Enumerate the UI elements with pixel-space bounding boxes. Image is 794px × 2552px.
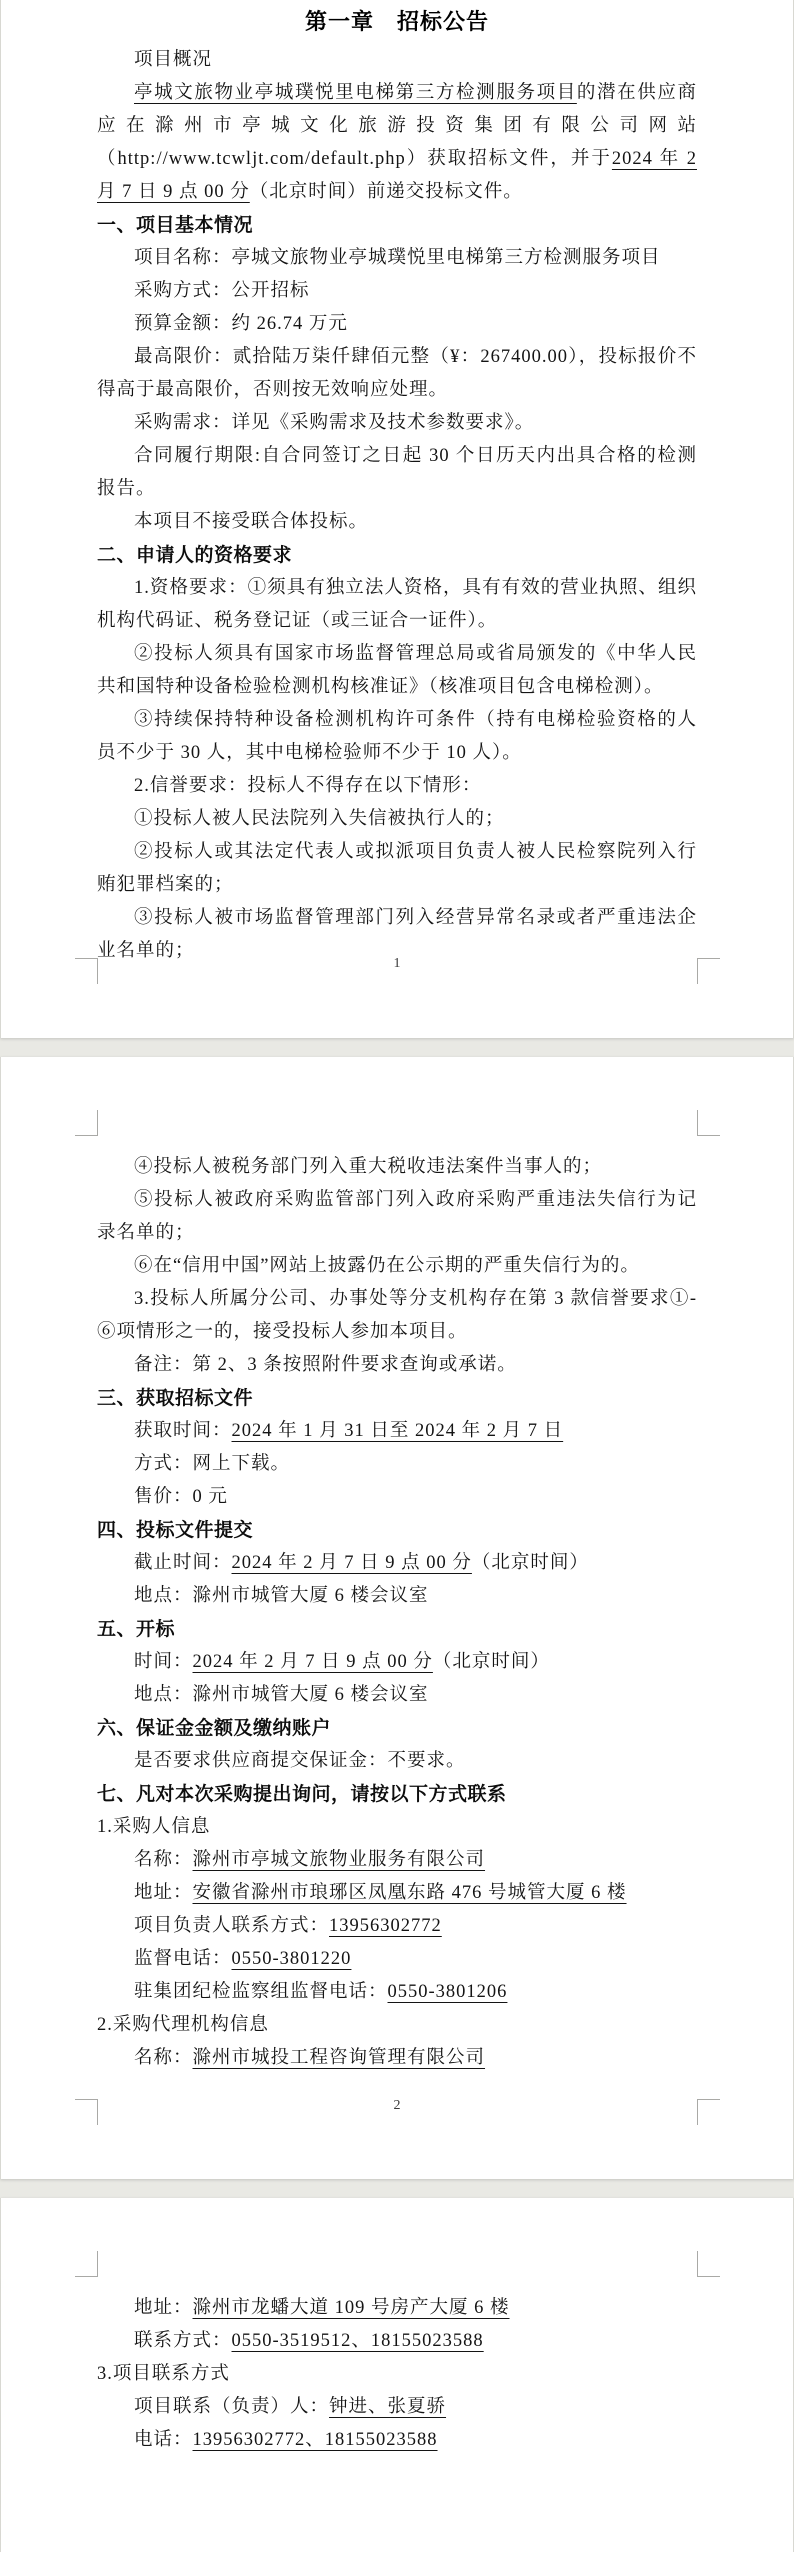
paragraph: 联系方式：0550-3519512、18155023588 — [97, 2325, 697, 2358]
text-run: 第一章 招标公告 — [305, 9, 489, 34]
paragraph: 获取时间：2024 年 1 月 31 日至 2024 年 2 月 7 日 — [97, 1415, 697, 1448]
paragraph: ⑥在“信用中国”网站上披露仍在公示期的严重失信行为的。 — [97, 1250, 697, 1283]
underlined-text: 安徽省滁州市琅琊区凤凰东路 476 号城管大厦 6 楼 — [193, 1883, 627, 1903]
underlined-text: 13956302772 — [329, 1916, 442, 1936]
paragraph: 截止时间：2024 年 2 月 7 日 9 点 00 分（北京时间） — [97, 1547, 697, 1580]
page-3: 地址：滁州市龙蟠大道 109 号房产大厦 6 楼联系方式：0550-351951… — [0, 2198, 794, 2552]
paragraph: 备注：第 2、3 条按照附件要求查询或承诺。 — [97, 1349, 697, 1382]
paragraph: 项目概况 — [97, 44, 697, 77]
text-run: 七、凡对本次采购提出询问，请按以下方式联系 — [97, 1784, 507, 1805]
text-run: 电话： — [134, 2430, 193, 2450]
text-run: 是否要求供应商提交保证金：不要求。 — [134, 1751, 466, 1771]
text-run: 1.资格要求：①须具有独立法人资格，具有有效的营业执照、组织机构代码证、税务登记… — [97, 578, 697, 631]
margin-crop-mark — [75, 1110, 98, 1136]
paragraph: 监督电话：0550-3801220 — [97, 1943, 697, 1976]
text-run: ①投标人被人民法院列入失信被执行人的； — [134, 809, 505, 829]
paragraph: ③持续保持特种设备检测机构许可条件（持有电梯检验资格的人员不少于 30 人，其中… — [97, 704, 697, 770]
underlined-text: 滁州市亭城文旅物业服务有限公司 — [193, 1850, 486, 1870]
paragraph: 电话：13956302772、18155023588 — [97, 2424, 697, 2457]
paragraph: 方式：网上下载。 — [97, 1448, 697, 1481]
text-run: 本项目不接受联合体投标。 — [134, 512, 368, 532]
section-heading: 一、项目基本情况 — [97, 209, 697, 242]
underlined-text: 2024 年 2 月 7 日 9 点 00 分 — [193, 1652, 433, 1672]
text-run: 地址： — [134, 1883, 193, 1903]
text-run: ⑥在“信用中国”网站上披露仍在公示期的严重失信行为的。 — [134, 1256, 640, 1276]
text-run: 项目负责人联系方式： — [134, 1916, 329, 1936]
text-run: 五、开标 — [97, 1619, 175, 1640]
text-run: 3.投标人所属分公司、办事处等分支机构存在第 3 款信誉要求①-⑥项情形之一的，… — [97, 1289, 697, 1342]
paragraph: 3.项目联系方式 — [97, 2358, 697, 2391]
text-run: （北京时间）前递交投标文件。 — [250, 182, 523, 202]
text-run: 3.项目联系方式 — [97, 2364, 230, 2384]
text-run: （北京时间） — [433, 1652, 550, 1672]
paragraph: 项目负责人联系方式：13956302772 — [97, 1910, 697, 1943]
text-run: ②投标人或其法定代表人或拟派项目负责人被人民检察院列入行贿犯罪档案的； — [97, 842, 697, 895]
margin-crop-mark — [697, 1110, 720, 1136]
paragraph: 本项目不接受联合体投标。 — [97, 506, 697, 539]
text-run: 2.采购代理机构信息 — [97, 2015, 269, 2035]
paragraph: 项目名称：亭城文旅物业亭城璞悦里电梯第三方检测服务项目 — [97, 242, 697, 275]
section-heading: 五、开标 — [97, 1613, 697, 1646]
underlined-text: 滁州市城投工程咨询管理有限公司 — [193, 2048, 486, 2068]
text-run: ③投标人被市场监督管理部门列入经营异常名录或者严重违法企业名单的； — [97, 908, 697, 961]
underlined-text: 0550-3519512、18155023588 — [232, 2331, 484, 2351]
text-run: 项目联系（负责）人： — [134, 2397, 329, 2417]
text-run: 1.采购人信息 — [97, 1817, 210, 1837]
text-run: ②投标人须具有国家市场监督管理总局或省局颁发的《中华人民共和国特种设备检验检测机… — [97, 644, 697, 697]
text-run: 方式：网上下载。 — [134, 1454, 290, 1474]
page-2: ④投标人被税务部门列入重大税收违法案件当事人的；⑤投标人被政府采购监管部门列入政… — [0, 1057, 794, 2179]
section-heading: 六、保证金金额及缴纳账户 — [97, 1712, 697, 1745]
paragraph: 2.信誉要求：投标人不得存在以下情形： — [97, 770, 697, 803]
page-content: ④投标人被税务部门列入重大税收违法案件当事人的；⑤投标人被政府采购监管部门列入政… — [97, 1057, 697, 2075]
text-run: 截止时间： — [134, 1553, 232, 1573]
document-title: 第一章 招标公告 — [97, 2, 697, 42]
paragraph: 地点：滁州市城管大厦 6 楼会议室 — [97, 1679, 697, 1712]
text-run: 采购方式：公开招标 — [134, 281, 310, 301]
text-run: 地址： — [134, 2298, 193, 2318]
text-run: 名称： — [134, 2048, 193, 2068]
paragraph: 项目联系（负责）人：钟进、张夏骄 — [97, 2391, 697, 2424]
section-heading: 三、获取招标文件 — [97, 1382, 697, 1415]
paragraph: ②投标人或其法定代表人或拟派项目负责人被人民检察院列入行贿犯罪档案的； — [97, 836, 697, 902]
paragraph: ④投标人被税务部门列入重大税收违法案件当事人的； — [97, 1151, 697, 1184]
text-run: （北京时间） — [472, 1553, 589, 1573]
paragraph: 地点：滁州市城管大厦 6 楼会议室 — [97, 1580, 697, 1613]
paragraph: 采购需求：详见《采购需求及技术参数要求》。 — [97, 407, 697, 440]
text-run: 项目名称：亭城文旅物业亭城璞悦里电梯第三方检测服务项目 — [134, 248, 661, 268]
paragraph: ①投标人被人民法院列入失信被执行人的； — [97, 803, 697, 836]
text-run: 地点：滁州市城管大厦 6 楼会议室 — [134, 1685, 429, 1705]
text-run: 名称： — [134, 1850, 193, 1870]
page-number: 1 — [1, 955, 793, 973]
paragraph: ⑤投标人被政府采购监管部门列入政府采购严重违法失信行为记录名单的； — [97, 1184, 697, 1250]
paragraph: 名称：滁州市亭城文旅物业服务有限公司 — [97, 1844, 697, 1877]
paragraph: 售价：0 元 — [97, 1481, 697, 1514]
text-run: 驻集团纪检监察组监督电话： — [134, 1982, 388, 2002]
text-run: 六、保证金金额及缴纳账户 — [97, 1718, 331, 1739]
text-run: 合同履行期限:自合同签订之日起 30 个日历天内出具合格的检测报告。 — [97, 446, 697, 499]
paragraph: 亭城文旅物业亭城璞悦里电梯第三方检测服务项目的潜在供应商应在滁州市亭城文化旅游投… — [97, 77, 697, 209]
paragraph: 地址：滁州市龙蟠大道 109 号房产大厦 6 楼 — [97, 2292, 697, 2325]
text-run: 项目概况 — [134, 50, 212, 70]
text-run: 采购需求：详见《采购需求及技术参数要求》。 — [134, 413, 534, 433]
paragraph: 最高限价：贰拾陆万柒仟肆佰元整（¥：267400.00），投标报价不得高于最高限… — [97, 341, 697, 407]
text-run: 最高限价：贰拾陆万柒仟肆佰元整（¥：267400.00），投标报价不得高于最高限… — [97, 347, 697, 400]
text-run: 四、投标文件提交 — [97, 1520, 253, 1541]
section-heading: 七、凡对本次采购提出询问，请按以下方式联系 — [97, 1778, 697, 1811]
underlined-text: 13956302772、18155023588 — [193, 2430, 438, 2450]
text-run: 售价：0 元 — [134, 1487, 228, 1507]
text-run: ④投标人被税务部门列入重大税收违法案件当事人的； — [134, 1157, 602, 1177]
paragraph: 采购方式：公开招标 — [97, 275, 697, 308]
paragraph: 是否要求供应商提交保证金：不要求。 — [97, 1745, 697, 1778]
text-run: 联系方式： — [134, 2331, 232, 2351]
page-1: 第一章 招标公告项目概况亭城文旅物业亭城璞悦里电梯第三方检测服务项目的潜在供应商… — [0, 0, 794, 1038]
text-run: ③持续保持特种设备检测机构许可条件（持有电梯检验资格的人员不少于 30 人，其中… — [97, 710, 697, 763]
underlined-text: 钟进、张夏骄 — [329, 2397, 446, 2417]
underlined-text: 亭城文旅物业亭城璞悦里电梯第三方检测服务项目 — [134, 83, 577, 103]
paragraph: 合同履行期限:自合同签订之日起 30 个日历天内出具合格的检测报告。 — [97, 440, 697, 506]
text-run: 一、项目基本情况 — [97, 215, 253, 236]
paragraph: 1.资格要求：①须具有独立法人资格，具有有效的营业执照、组织机构代码证、税务登记… — [97, 572, 697, 638]
paragraph: 名称：滁州市城投工程咨询管理有限公司 — [97, 2042, 697, 2075]
text-run: 预算金额：约 26.74 万元 — [134, 314, 348, 334]
page-content: 地址：滁州市龙蟠大道 109 号房产大厦 6 楼联系方式：0550-351951… — [97, 2198, 697, 2457]
text-run: 地点：滁州市城管大厦 6 楼会议室 — [134, 1586, 429, 1606]
text-run: 时间： — [134, 1652, 193, 1672]
section-heading: 四、投标文件提交 — [97, 1514, 697, 1547]
text-run: 获取时间： — [134, 1421, 232, 1441]
text-run: 二、申请人的资格要求 — [97, 545, 292, 566]
page-content: 第一章 招标公告项目概况亭城文旅物业亭城璞悦里电梯第三方检测服务项目的潜在供应商… — [97, 0, 697, 968]
section-heading: 二、申请人的资格要求 — [97, 539, 697, 572]
margin-crop-mark — [697, 2251, 720, 2277]
paragraph: 3.投标人所属分公司、办事处等分支机构存在第 3 款信誉要求①-⑥项情形之一的，… — [97, 1283, 697, 1349]
paragraph: ②投标人须具有国家市场监督管理总局或省局颁发的《中华人民共和国特种设备检验检测机… — [97, 638, 697, 704]
text-run: ⑤投标人被政府采购监管部门列入政府采购严重违法失信行为记录名单的； — [97, 1190, 697, 1243]
text-run: 备注：第 2、3 条按照附件要求查询或承诺。 — [134, 1355, 517, 1375]
text-run: 2.信誉要求：投标人不得存在以下情形： — [134, 776, 481, 796]
underlined-text: 2024 年 2 月 7 日 9 点 00 分 — [232, 1553, 472, 1573]
document-viewer: { "colors":{ "viewer_background":"#e9e9e… — [0, 0, 794, 2552]
page-number: 2 — [1, 2097, 793, 2115]
paragraph: 2.采购代理机构信息 — [97, 2009, 697, 2042]
paragraph: 1.采购人信息 — [97, 1811, 697, 1844]
text-run: 三、获取招标文件 — [97, 1388, 253, 1409]
paragraph: 时间：2024 年 2 月 7 日 9 点 00 分（北京时间） — [97, 1646, 697, 1679]
underlined-text: 0550-3801206 — [388, 1982, 508, 2002]
margin-crop-mark — [75, 2251, 98, 2277]
underlined-text: 0550-3801220 — [232, 1949, 352, 1969]
underlined-text: 2024 年 1 月 31 日至 2024 年 2 月 7 日 — [232, 1421, 564, 1441]
underlined-text: 滁州市龙蟠大道 109 号房产大厦 6 楼 — [193, 2298, 510, 2318]
paragraph: 预算金额：约 26.74 万元 — [97, 308, 697, 341]
paragraph: 地址：安徽省滁州市琅琊区凤凰东路 476 号城管大厦 6 楼 — [97, 1877, 697, 1910]
text-run: 监督电话： — [134, 1949, 232, 1969]
paragraph: 驻集团纪检监察组监督电话：0550-3801206 — [97, 1976, 697, 2009]
